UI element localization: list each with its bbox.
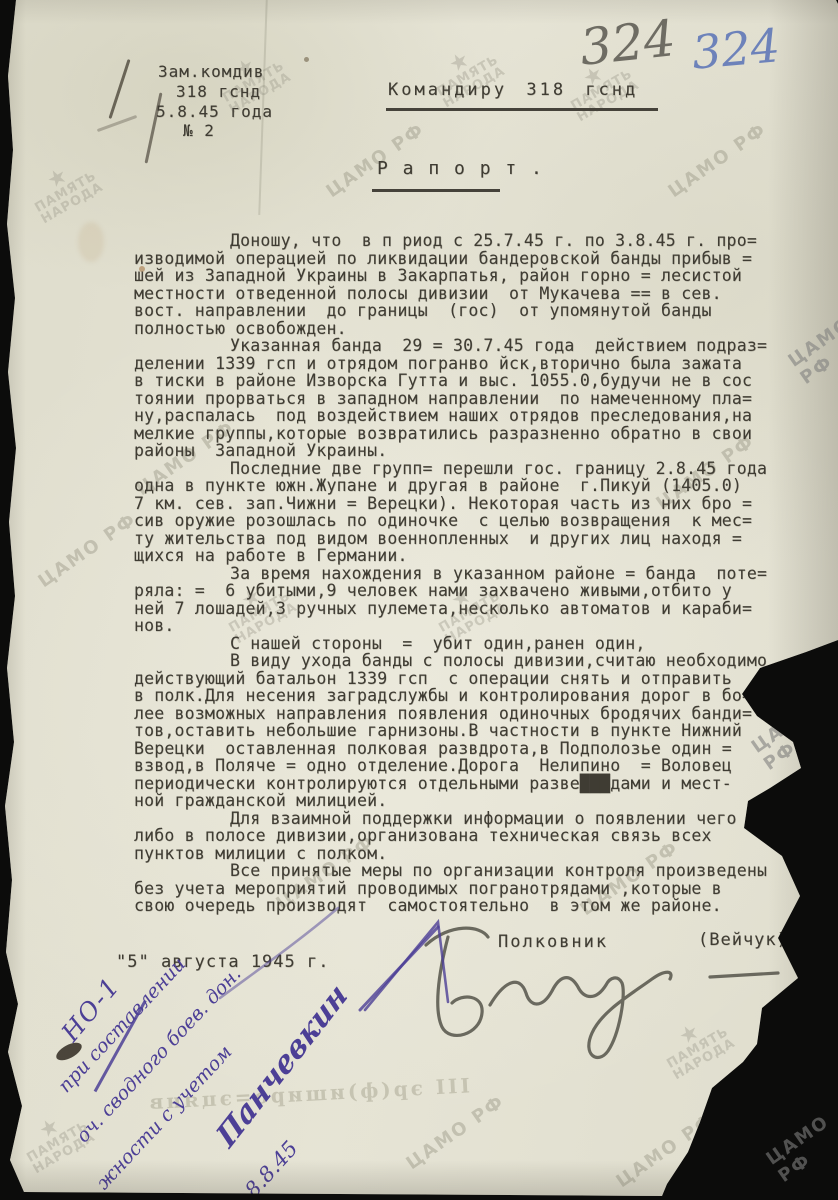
paragraph: С нашей стороны = убит один,ранен один, bbox=[134, 635, 806, 653]
ink-date: 8.8.45 bbox=[240, 1136, 303, 1200]
body-line: полностью освобожден. bbox=[134, 320, 806, 338]
paragraph: Для взаимной поддержки информации о появ… bbox=[134, 810, 806, 863]
title-underline bbox=[372, 189, 500, 192]
pamyat-naroda-watermark: ★ПАМЯТЬНАРОДА bbox=[24, 154, 106, 227]
camo-watermark: ЦАМО РФ bbox=[34, 509, 140, 592]
body-line: тов,оставить небольшие гарнизоны.В частн… bbox=[134, 722, 806, 740]
addressee-line: Командиру 318 гснд bbox=[388, 80, 638, 100]
torn-edge-mark bbox=[108, 59, 130, 119]
torn-edge-mark bbox=[97, 115, 137, 132]
header-left-line: Зам.комдив bbox=[158, 62, 264, 81]
document-scan: ★ПАМЯТЬНАРОДА ★ПАМЯТЬНАРОДА ★ПАМЯТЬНАРОД… bbox=[0, 0, 838, 1200]
body-line: ной гражданской милицией. bbox=[134, 792, 806, 810]
paragraph: В виду ухода банды с полосы дивизии,счит… bbox=[134, 652, 806, 810]
paragraph: Указанная банда 29 = 30.7.45 года действ… bbox=[134, 337, 806, 460]
report-title: Р а п о р т . bbox=[377, 158, 544, 179]
report-body: Доношу, что в п риод с 25.7.45 г. по 3.8… bbox=[134, 232, 806, 915]
body-line: изводимой операцией по ликвидации бандер… bbox=[134, 250, 806, 268]
body-line: одна в пункте южн.Жупане и другая в райо… bbox=[134, 477, 806, 495]
body-line: ту жительства под видом военнопленных и … bbox=[134, 530, 806, 548]
body-line: мелкие группы,которые возвратились разра… bbox=[134, 425, 806, 443]
page-number-pencil: 324 bbox=[577, 9, 678, 77]
body-line: С нашей стороны = убит один,ранен один, bbox=[134, 635, 806, 653]
star-icon: ★ bbox=[24, 154, 93, 204]
body-line: За время нахождения в указанном районе =… bbox=[134, 565, 806, 583]
camo-watermark: ЦАМО РФ bbox=[402, 1091, 508, 1174]
body-line: ряла: = 6 убитыми,9 человек нами захваче… bbox=[134, 582, 806, 600]
paragraph: За время нахождения в указанном районе =… bbox=[134, 565, 806, 635]
body-line: действующий батальон 1339 гсп с операции… bbox=[134, 670, 806, 688]
header-left-line: № 2 bbox=[183, 121, 215, 140]
body-line: 7 км. сев. зап.Чижни = Верецки). Некотор… bbox=[134, 495, 806, 513]
body-line: шей из Западной Украины в Закарпатья, ра… bbox=[134, 267, 806, 285]
body-line: Доношу, что в п риод с 25.7.45 г. по 3.8… bbox=[134, 232, 806, 250]
body-line: взвод,в Поляче = одно отделение.Дорога Н… bbox=[134, 757, 806, 775]
body-line: ней 7 лошадей,3 ручных пулемета,нескольк… bbox=[134, 600, 806, 618]
body-line: ну,распалась под воздействием наших отря… bbox=[134, 407, 806, 425]
addressee-underline bbox=[386, 108, 658, 111]
body-line: делении 1339 гсп и отрядом погранво йск,… bbox=[134, 355, 806, 373]
paragraph: Доношу, что в п риод с 25.7.45 г. по 3.8… bbox=[134, 232, 806, 337]
body-line: Все принятые меры по организации контрол… bbox=[134, 862, 806, 880]
body-line: Для взаимной поддержки информации о появ… bbox=[134, 810, 806, 828]
body-line: Последние две групп= перешли гос. границ… bbox=[134, 460, 806, 478]
header-left-line: 318 гснд bbox=[176, 82, 261, 101]
body-line: Верецки оставленная полковая развдрота,в… bbox=[134, 740, 806, 758]
camo-watermark: ЦАМО РФ bbox=[664, 119, 770, 202]
body-line: районы Западной Украины. bbox=[134, 442, 806, 460]
page-number-blue: 324 bbox=[690, 18, 782, 79]
body-line: тоянии прорваться в западном направлении… bbox=[134, 390, 806, 408]
document-paper: ★ПАМЯТЬНАРОДА ★ПАМЯТЬНАРОДА ★ПАМЯТЬНАРОД… bbox=[0, 0, 838, 1200]
body-line: нов. bbox=[134, 617, 806, 635]
body-line: щихся на работе в Германии. bbox=[134, 547, 806, 565]
body-line: Указанная банда 29 = 30.7.45 года действ… bbox=[134, 337, 806, 355]
paper-stain bbox=[78, 222, 104, 262]
body-line: местности отведенной полосы дивизии от М… bbox=[134, 285, 806, 303]
body-line: лее возможных направления появления один… bbox=[134, 705, 806, 723]
body-line: вост. направлении до границы (гос) от уп… bbox=[134, 302, 806, 320]
body-line: пунктов милиции с полком. bbox=[134, 845, 806, 863]
body-line: сив оружие розошлась по одиночке с целью… bbox=[134, 512, 806, 530]
paragraph: Последние две групп= перешли гос. границ… bbox=[134, 460, 806, 565]
body-line: в тиски в районе Изворска Гутта и выс. 1… bbox=[134, 372, 806, 390]
body-line: либо в полосе дивизии,организована техни… bbox=[134, 827, 806, 845]
body-line: В виду ухода банды с полосы дивизии,счит… bbox=[134, 652, 806, 670]
body-line: периодически контролируются отдельными р… bbox=[134, 775, 806, 793]
paper-speck bbox=[304, 57, 309, 62]
header-left-line: 5.8.45 года bbox=[156, 102, 273, 121]
camo-watermark: ЦАМО РФ bbox=[762, 1111, 838, 1187]
camo-watermark: ЦАМО РФ bbox=[612, 1109, 718, 1192]
body-line: в полк.Для несения заградслужбы и контро… bbox=[134, 687, 806, 705]
